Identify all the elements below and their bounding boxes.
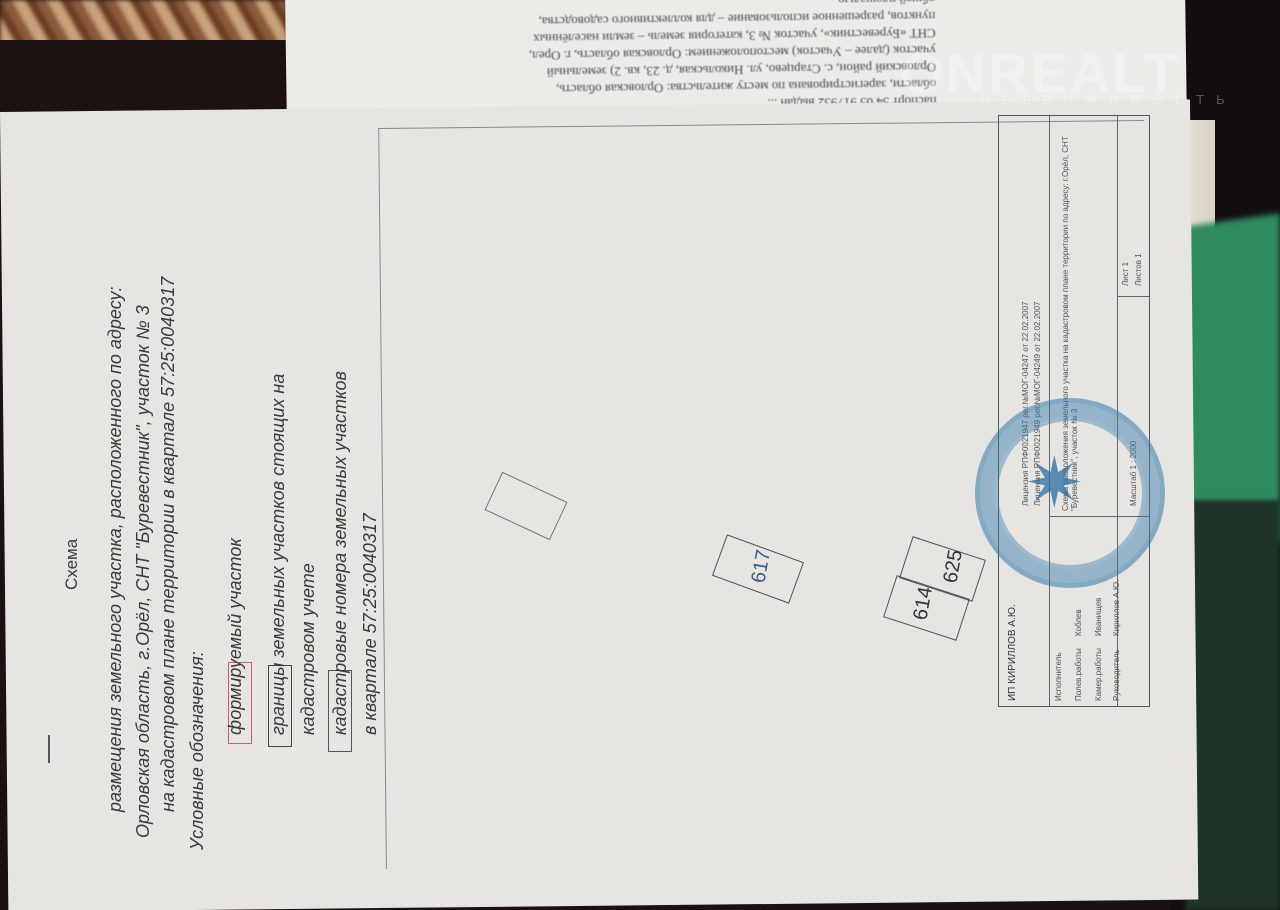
legend-label-registered-boundaries-2: кадастровом учете (298, 563, 319, 735)
role-label: Руководитель (1112, 649, 1121, 701)
scheme-title: Схема (62, 539, 82, 590)
legend-label-cadastral-numbers-2: в квартале 57:25:0040317 (360, 513, 381, 735)
sheets-count: Листов 1 (1134, 253, 1143, 286)
contract-text: паспорт 54 05 917932 выдан ... области, … (295, 0, 937, 119)
dark-green-cloth (1185, 500, 1280, 910)
role-name: Коблев (1074, 609, 1083, 636)
legend-label-formed-plot: формируемый участок (225, 538, 246, 735)
legend-label-registered-boundaries: границы земельных участков стоящих на (268, 374, 289, 735)
margin-mark (48, 735, 50, 763)
sheet-number: Лист 1 (1121, 262, 1130, 286)
compass-star-icon: ✷ (1025, 448, 1084, 518)
watermark-subtitle: НЕДВИЖИМОСТЬ (980, 92, 1237, 107)
role-label: Камер.работы (1094, 648, 1103, 701)
description-line-2: Орловская область, г.Орёл, СНТ "Буревест… (133, 305, 154, 838)
legend-label-cadastral-numbers: кадастровые номера земельных участков (330, 371, 351, 735)
role-label: Исполнитель (1054, 652, 1063, 701)
legend-heading: Условные обозначения: (187, 651, 208, 850)
role-name: Иванищев (1094, 598, 1103, 636)
company-name: ИП КИРИЛЛОВ А.Ю. (1007, 604, 1018, 701)
description-line-3: на кадастровом плане территории в кварта… (158, 277, 179, 812)
role-label: Полев.работы (1074, 648, 1083, 701)
title-block-divider (1117, 296, 1149, 297)
role-name: Кириллов А.Ю. (1112, 580, 1121, 636)
description-line-1: размещения земельного участка, расположе… (105, 287, 126, 813)
